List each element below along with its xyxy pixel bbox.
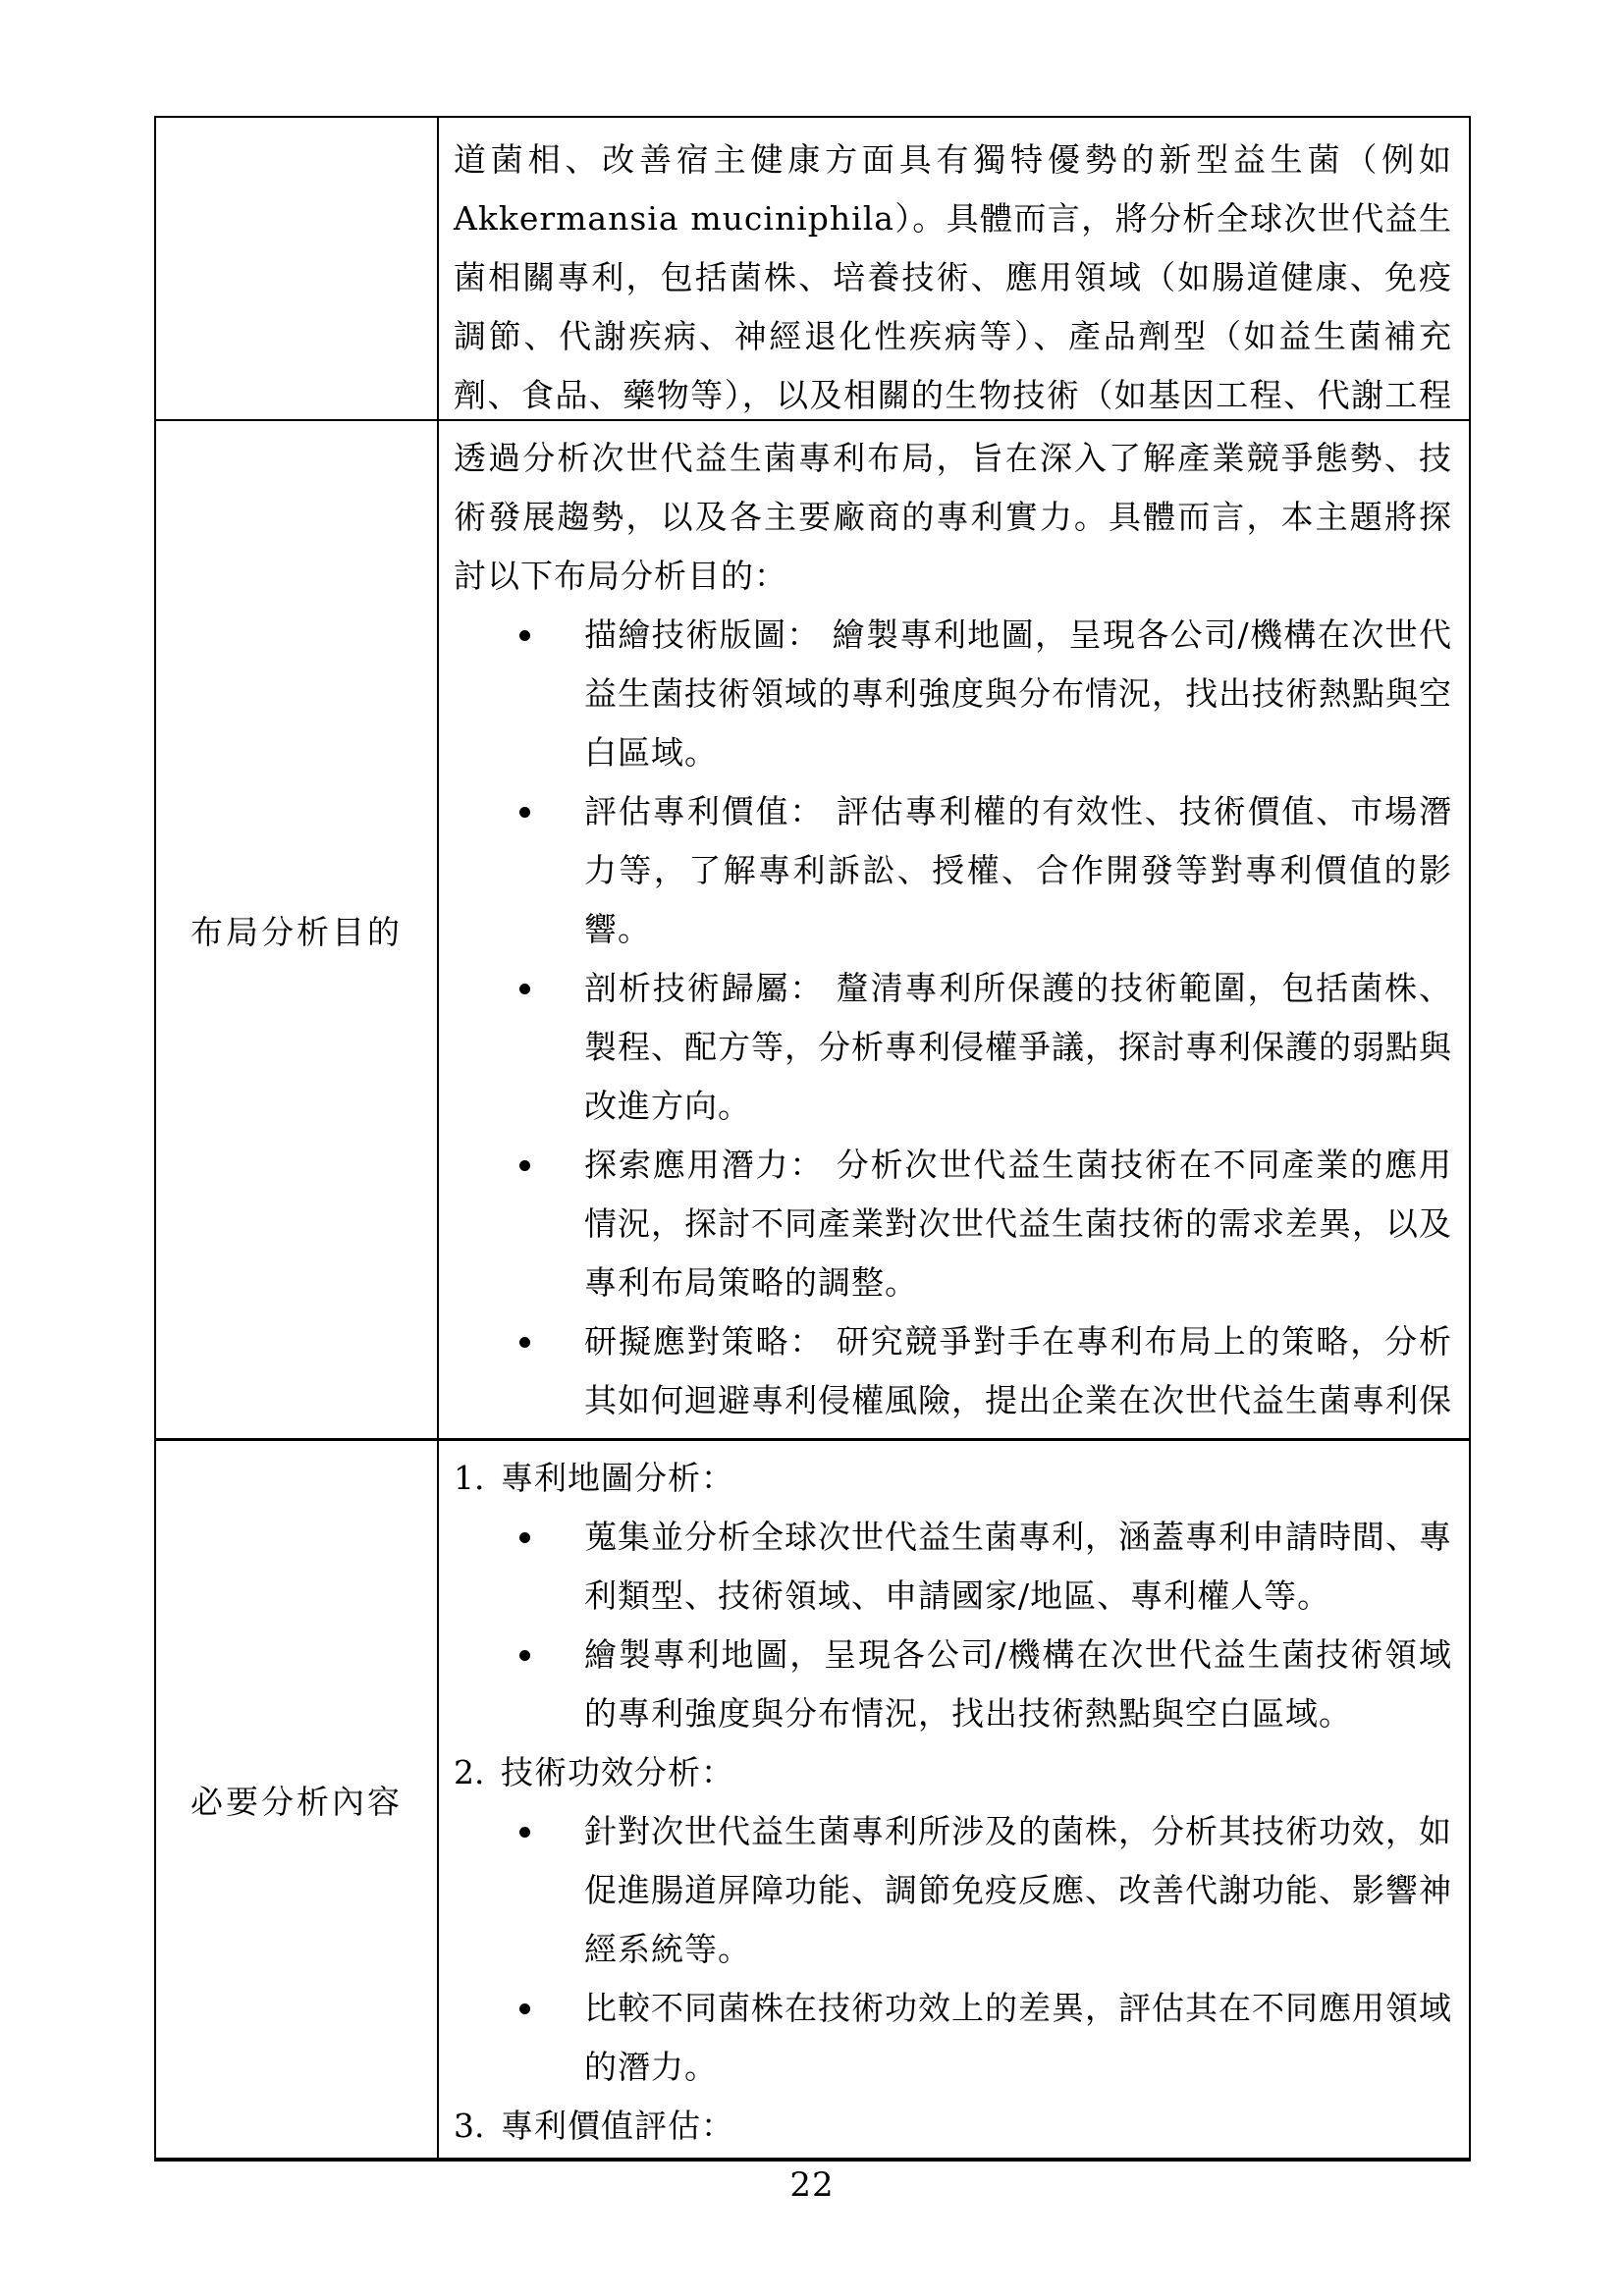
numbered-section-title: 2.技術功效分析： <box>454 1743 1452 1802</box>
row3-label-cell: 必要分析內容 <box>156 1438 437 2158</box>
row1-content-cell: 道菌相、改善宿主健康方面具有獨特優勢的新型益生菌（例如 Akkermansia … <box>437 118 1469 419</box>
row2-content-cell: 透過分析次世代益生菌專利布局，旨在深入了解產業競爭態勢、技術發展趨勢，以及各主要… <box>437 419 1469 1438</box>
section-title: 專利價值評估： <box>501 2107 734 2145</box>
bullet-item: 評估專利價值： 評估專利權的有效性、技術價值、市場潛力等，了解專利訴訟、授權、合… <box>454 782 1452 959</box>
section-title: 專利地圖分析： <box>501 1459 734 1497</box>
section-title: 技術功效分析： <box>501 1753 734 1791</box>
bullet-item: 剖析技術歸屬： 釐清專利所保護的技術範圍，包括菌株、製程、配方等，分析專利侵權爭… <box>454 959 1452 1136</box>
row2-label-cell: 布局分析目的 <box>156 419 437 1438</box>
bullet-item: 繪製專利地圖，呈現各公司/機構在次世代益生菌技術領域的專利強度與分布情況，找出技… <box>454 1626 1452 1743</box>
bullet-item: 探索應用潛力： 分析次世代益生菌技術在不同產業的應用情況，探討不同產業對次世代益… <box>454 1136 1452 1312</box>
row3-label: 必要分析內容 <box>190 1777 403 1823</box>
bullet-item: 描繪技術版圖： 繪製專利地圖，呈現各公司/機構在次世代益生菌技術領域的專利強度與… <box>454 606 1452 782</box>
row2-label: 布局分析目的 <box>190 907 403 953</box>
bullet-item: 針對次世代益生菌專利所涉及的菌株，分析其技術功效，如促進腸道屏障功能、調節免疫反… <box>454 1802 1452 1979</box>
bullet-item: 比較不同菌株在技術功效上的差異，評估其在不同應用領域的潛力。 <box>454 1979 1452 2097</box>
page-number: 22 <box>0 2165 1624 2205</box>
section-number: 3. <box>454 2097 501 2156</box>
numbered-section-title: 1.專利地圖分析： <box>454 1449 1452 1508</box>
bullet-item: 研擬應對策略： 研究競爭對手在專利布局上的策略，分析其如何迴避專利侵權風險，提出… <box>454 1312 1452 1438</box>
section-number: 2. <box>454 1743 501 1802</box>
continuation-paragraph: 道菌相、改善宿主健康方面具有獨特優勢的新型益生菌（例如 Akkermansia … <box>454 131 1452 419</box>
document-table: 道菌相、改善宿主健康方面具有獨特優勢的新型益生菌（例如 Akkermansia … <box>154 116 1471 2162</box>
numbered-section-title: 3.專利價值評估： <box>454 2097 1452 2156</box>
row3-content-cell: 1.專利地圖分析： 蒐集並分析全球次世代益生菌專利，涵蓋專利申請時間、專利類型、… <box>437 1438 1469 2158</box>
row2-intro-paragraph: 透過分析次世代益生菌專利布局，旨在深入了解產業競爭態勢、技術發展趨勢，以及各主要… <box>454 429 1452 606</box>
section-number: 1. <box>454 1449 501 1508</box>
bullet-item: 蒐集並分析全球次世代益生菌專利，涵蓋專利申請時間、專利類型、技術領域、申請國家/… <box>454 1508 1452 1626</box>
row1-label-cell-empty <box>156 118 437 419</box>
